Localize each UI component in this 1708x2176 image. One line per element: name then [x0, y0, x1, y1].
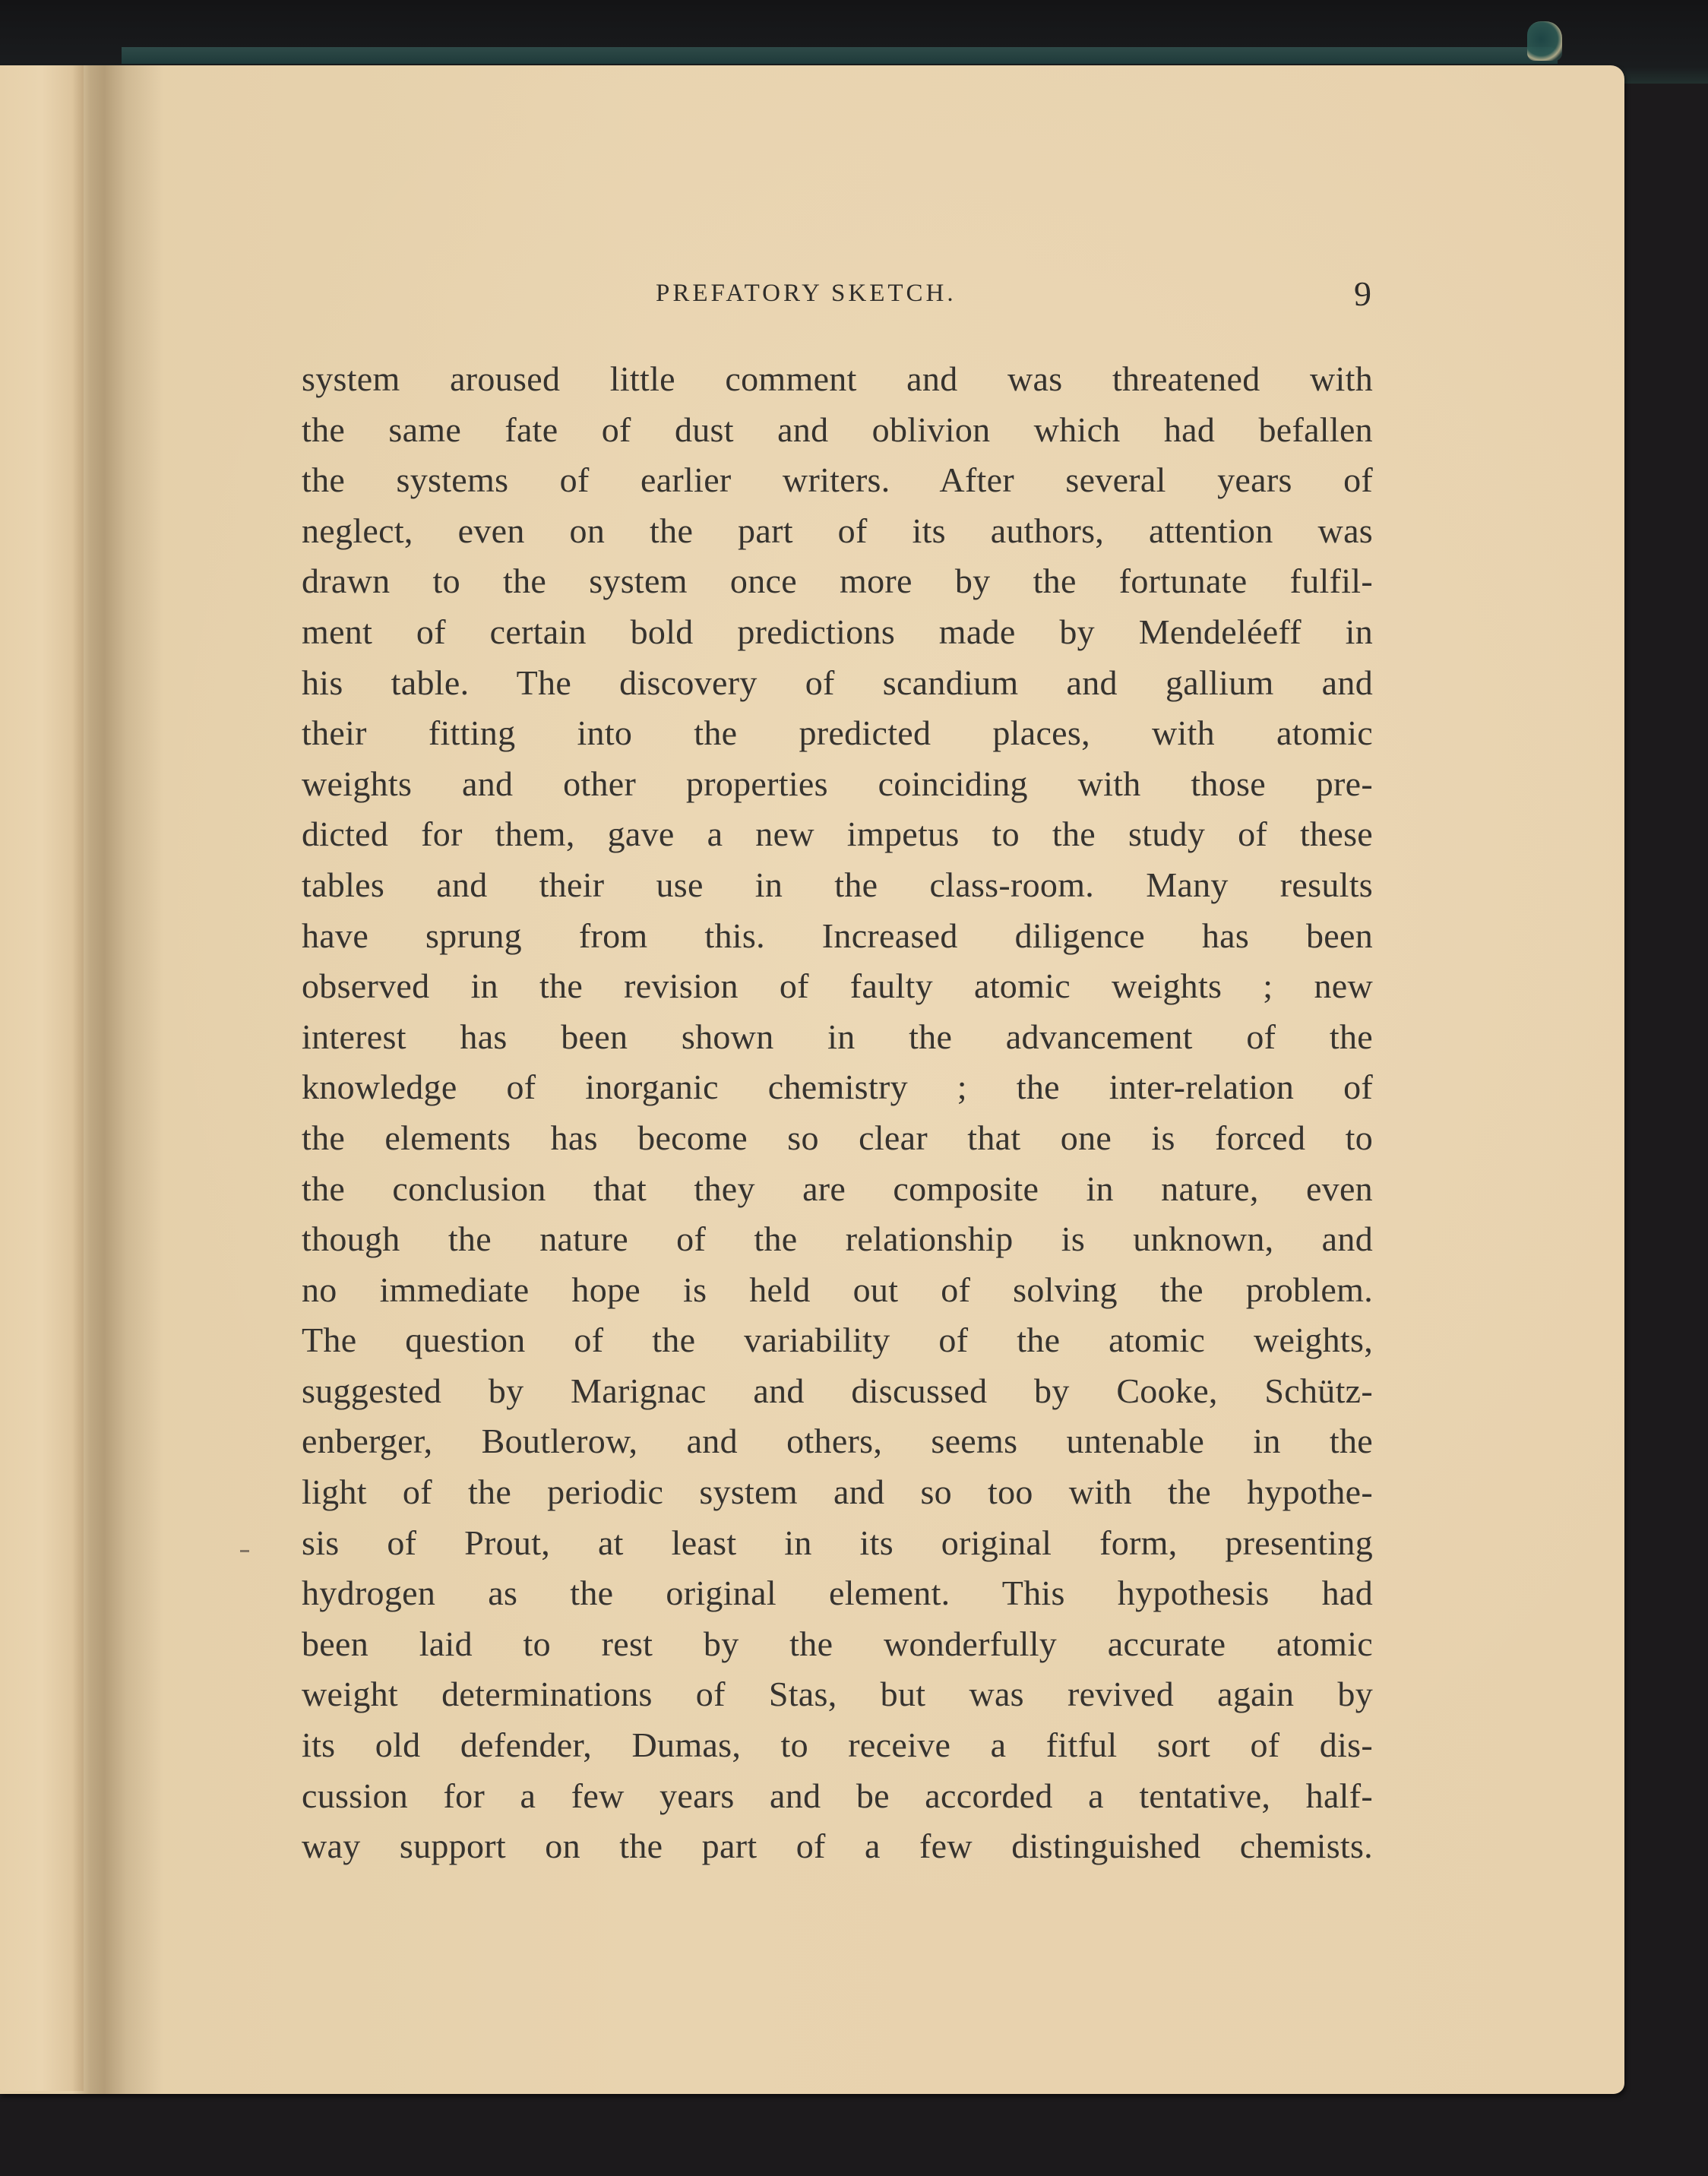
text-line: the systems of earlier writers. After se…	[302, 455, 1373, 506]
text-line: enberger, Boutlerow, and others, seems u…	[302, 1416, 1373, 1467]
text-line: suggested by Marignac and discussed by C…	[302, 1366, 1373, 1417]
text-line: the elements has become so clear that on…	[302, 1113, 1373, 1164]
text-line: observed in the revision of faulty atomi…	[302, 961, 1373, 1012]
text-line: dicted for them, gave a new impetus to t…	[302, 809, 1373, 860]
text-line: way support on the part of a few disting…	[302, 1821, 1373, 1872]
margin-mark	[240, 1550, 249, 1552]
page-number: 9	[1354, 274, 1371, 314]
text-line: light of the periodic system and so too …	[302, 1467, 1373, 1518]
text-line: the same fate of dust and oblivion which…	[302, 405, 1373, 456]
text-line: the conclusion that they are composite i…	[302, 1164, 1373, 1215]
text-line: weight determinations of Stas, but was r…	[302, 1669, 1373, 1720]
text-line: no immediate hope is held out of solving…	[302, 1265, 1373, 1316]
text-line: his table. The discovery of scandium and…	[302, 658, 1373, 709]
book-cover-corner	[1527, 21, 1562, 61]
text-line: system aroused little comment and was th…	[302, 354, 1373, 405]
text-line: neglect, even on the part of its authors…	[302, 506, 1373, 557]
text-line: drawn to the system once more by the for…	[302, 556, 1373, 607]
text-line: have sprung from this. Increased diligen…	[302, 911, 1373, 962]
text-line: The question of the variability of the a…	[302, 1315, 1373, 1366]
text-line: hydrogen as the original element. This h…	[302, 1568, 1373, 1619]
text-line: been laid to rest by the wonderfully acc…	[302, 1619, 1373, 1670]
text-line: their fitting into the predicted places,…	[302, 708, 1373, 759]
text-line: interest has been shown in the advanceme…	[302, 1012, 1373, 1063]
text-line: its old defender, Dumas, to receive a fi…	[302, 1720, 1373, 1771]
text-line: sis of Prout, at least in its original f…	[302, 1518, 1373, 1569]
text-line: tables and their use in the class-room. …	[302, 860, 1373, 911]
text-line: cussion for a few years and be accorded …	[302, 1771, 1373, 1822]
text-line: weights and other properties coinciding …	[302, 759, 1373, 810]
book-cover-edge	[122, 47, 1558, 64]
text-line: though the nature of the relationship is…	[302, 1214, 1373, 1265]
text-line: knowledge of inorganic chemistry ; the i…	[302, 1062, 1373, 1113]
running-header: PREFATORY SKETCH. 9	[300, 274, 1377, 319]
running-title: PREFATORY SKETCH.	[656, 280, 957, 308]
body-text: system aroused little comment and was th…	[302, 354, 1373, 1872]
text-line: ment of certain bold predictions made by…	[302, 607, 1373, 658]
gutter-shadow	[72, 65, 163, 2094]
previous-page-edge	[0, 65, 84, 2091]
